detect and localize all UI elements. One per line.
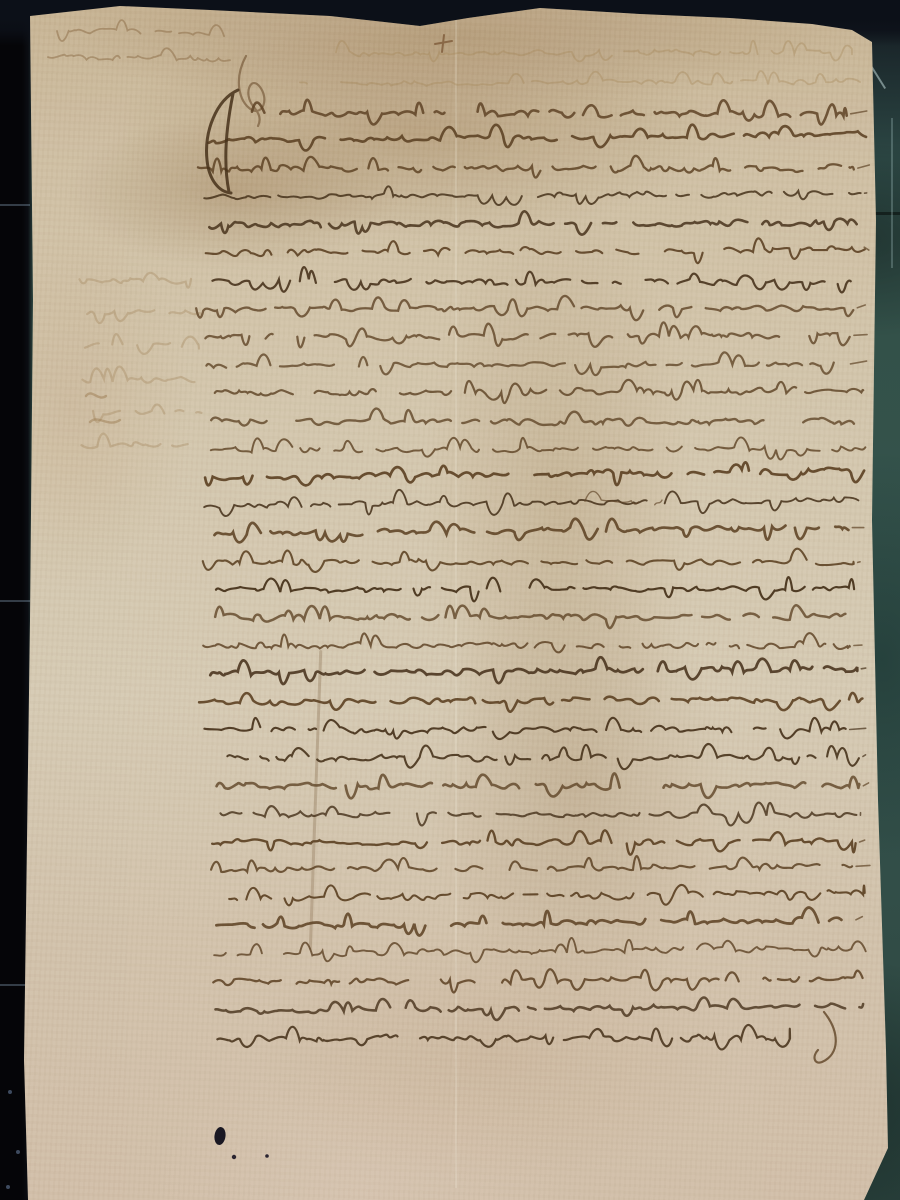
text-line bbox=[213, 267, 851, 292]
text-line bbox=[215, 605, 845, 628]
text-line bbox=[229, 885, 865, 905]
text-line bbox=[199, 693, 862, 712]
text-line bbox=[215, 519, 849, 543]
text-line bbox=[203, 549, 854, 572]
text-line bbox=[209, 125, 867, 151]
margin-bleed-line bbox=[93, 404, 202, 422]
margin-bleed-line bbox=[82, 434, 189, 448]
text-line bbox=[211, 856, 852, 872]
closing-paraph bbox=[815, 1012, 836, 1063]
text-line bbox=[209, 211, 856, 234]
line-filler-dash bbox=[856, 917, 862, 920]
text-line bbox=[216, 577, 854, 601]
text-line bbox=[217, 773, 860, 798]
text-line bbox=[215, 380, 863, 403]
text-line bbox=[216, 997, 864, 1019]
margin-bleed-line bbox=[80, 273, 192, 288]
text-line bbox=[212, 830, 855, 854]
line-filler-dash bbox=[858, 165, 870, 168]
text-line bbox=[204, 718, 845, 739]
line-filler-dash bbox=[854, 335, 867, 336]
flourishes-and-marks bbox=[207, 35, 836, 1159]
interlinear-insertion bbox=[585, 491, 662, 504]
text-line bbox=[198, 156, 854, 178]
line-filler-dash bbox=[857, 305, 865, 308]
text-line bbox=[210, 657, 857, 684]
ghost-offset-lines bbox=[300, 41, 860, 86]
text-line bbox=[221, 803, 857, 826]
line-filler-dash bbox=[861, 668, 865, 669]
corner-note-line bbox=[48, 48, 232, 61]
margin-bleed-line bbox=[83, 367, 195, 383]
text-line bbox=[252, 100, 847, 125]
line-filler-dash bbox=[863, 755, 866, 757]
text-line bbox=[206, 352, 846, 375]
text-line bbox=[196, 296, 853, 320]
text-line bbox=[216, 908, 852, 936]
line-filler-dash bbox=[850, 728, 866, 729]
ink-blot bbox=[213, 1126, 226, 1145]
text-line bbox=[205, 322, 850, 347]
table-speck bbox=[16, 1150, 20, 1154]
table-speck bbox=[8, 1090, 12, 1094]
margin-bleed-mark bbox=[86, 393, 120, 422]
corner-note-line bbox=[57, 20, 224, 41]
line-filler-dash bbox=[856, 865, 870, 866]
manuscript-page bbox=[0, 0, 900, 1200]
main-text-block bbox=[196, 100, 870, 1050]
text-line bbox=[211, 409, 858, 426]
margin-bleed-line bbox=[87, 310, 200, 323]
ghost-line bbox=[300, 71, 860, 86]
text-line bbox=[206, 238, 865, 263]
text-line bbox=[217, 1025, 790, 1049]
table-seam-vertical bbox=[891, 118, 893, 268]
margin-bleedthrough bbox=[80, 273, 202, 448]
line-filler-dash bbox=[850, 361, 866, 364]
text-line bbox=[211, 437, 866, 459]
line-filler-dash bbox=[860, 840, 865, 842]
text-line bbox=[204, 186, 860, 205]
photo-of-manuscript bbox=[0, 0, 900, 1200]
ghost-line bbox=[336, 41, 852, 62]
table-scratch bbox=[0, 204, 30, 206]
text-line bbox=[214, 938, 867, 962]
corner-paraph bbox=[239, 56, 264, 126]
line-filler-dash bbox=[863, 783, 868, 786]
ink-dot bbox=[232, 1155, 236, 1159]
handwriting-layer bbox=[0, 0, 900, 1200]
table-scratch bbox=[0, 600, 30, 602]
table-speck bbox=[6, 1185, 10, 1189]
line-filler-dash bbox=[851, 111, 867, 114]
text-line bbox=[213, 969, 862, 992]
ink-dot bbox=[265, 1154, 269, 1158]
margin-bleed-line bbox=[85, 334, 199, 354]
plus-mark bbox=[435, 35, 452, 52]
text-line bbox=[204, 490, 858, 516]
text-line bbox=[203, 633, 850, 652]
text-line bbox=[227, 744, 859, 769]
line-filler-dash bbox=[858, 562, 860, 563]
text-line bbox=[205, 462, 864, 485]
archival-corner-note bbox=[48, 20, 264, 126]
